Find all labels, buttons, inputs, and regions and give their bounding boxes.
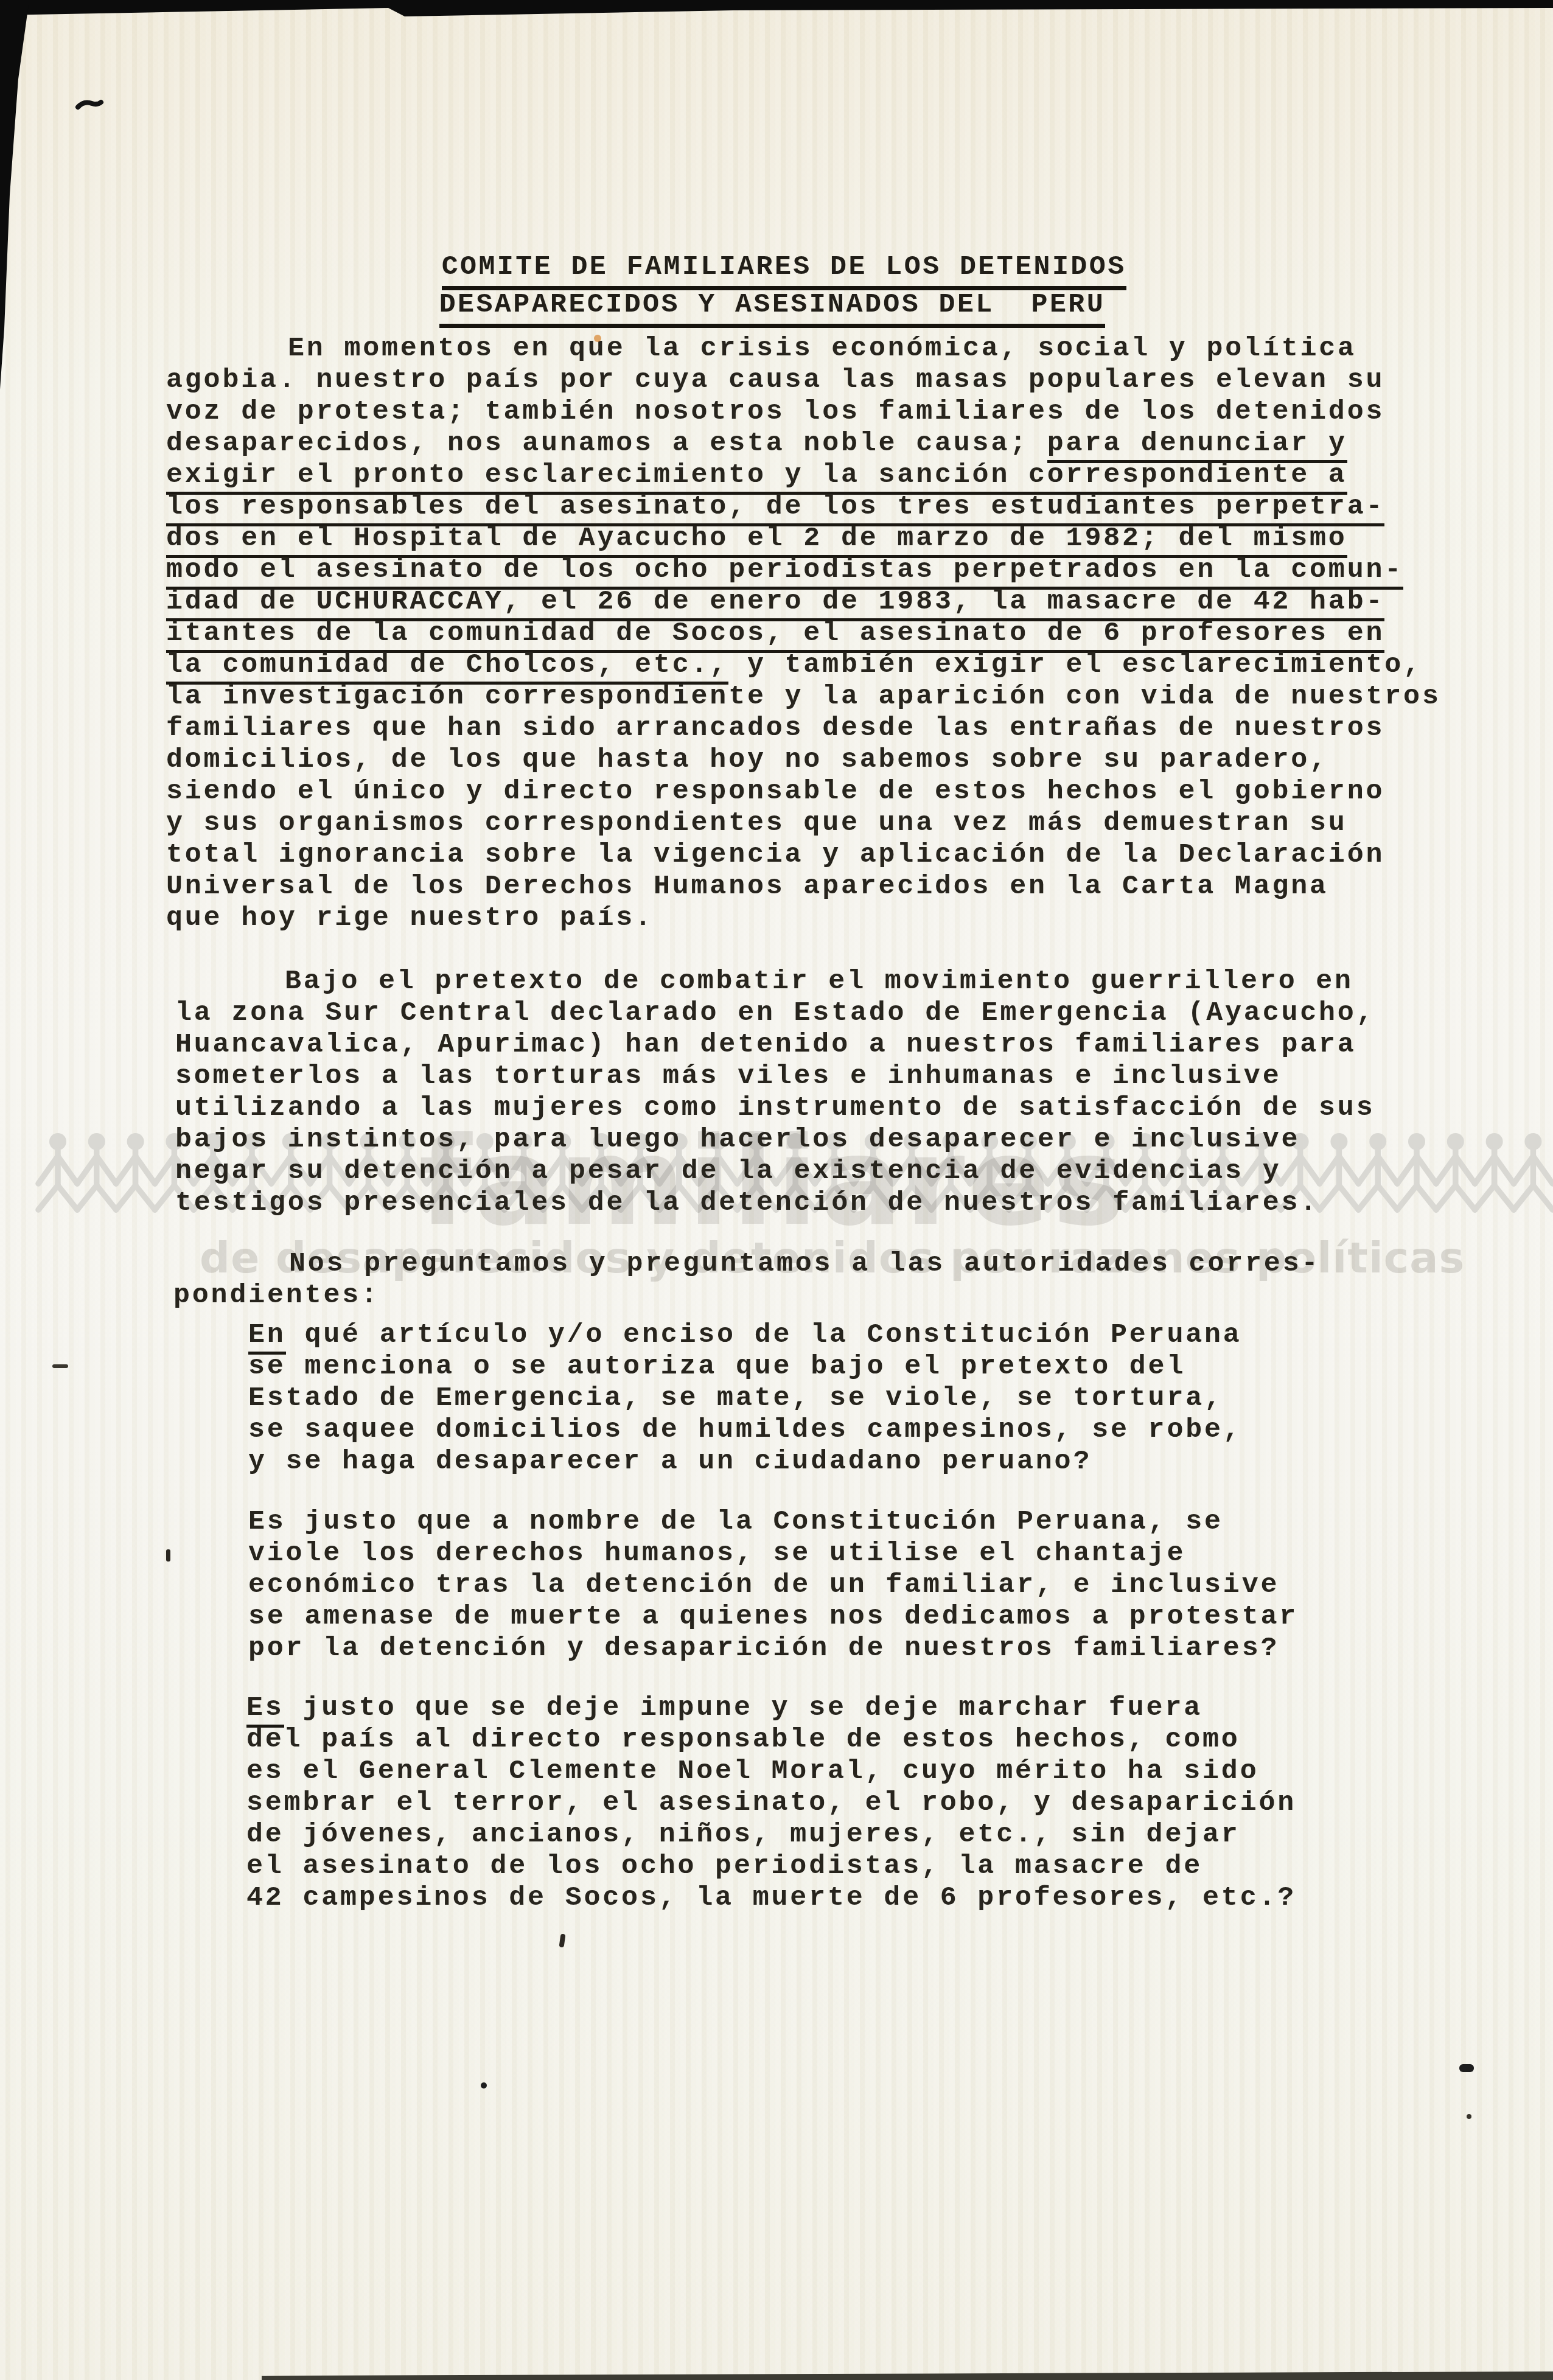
text-line: se menciona o se autoriza que bajo el pr… [248,1351,1242,1383]
paragraph-emergency: Bajo el pretexto de combatir el movimien… [175,966,1375,1219]
underlined-text: En [248,1319,286,1355]
text: del país al directo responsable de estos… [246,1724,1240,1755]
text-line: se amenase de muerte a quienes nos dedic… [248,1601,1298,1633]
scan-edge-top [0,0,1553,16]
text: la zona Sur Central declarado en Estado … [175,997,1375,1028]
text: qué artículo y/o enciso de la Constituci… [286,1319,1242,1350]
text: bajos instintos, para luego hacerlos des… [175,1124,1300,1155]
text-line: por la detención y desaparición de nuest… [248,1633,1298,1664]
scan-artifact [166,1549,170,1562]
text-line: sembrar el terror, el asesinato, el robo… [246,1787,1296,1819]
scan-edge-left [0,0,29,389]
text-line: que hoy rige nuestro país. [166,902,1441,934]
text: utilizando a las mujeres como instrument… [175,1092,1375,1123]
text-line: la zona Sur Central declarado en Estado … [175,997,1375,1029]
scanned-document-page: familiares de desaparecidos y detenidos … [0,0,1553,2380]
text-line: total ignorancia sobre la vigencia y apl… [166,839,1441,871]
scan-artifact [559,1934,566,1948]
underlined-text: itantes de la comunidad de Socos, el ase… [166,618,1384,653]
text-line: desaparecidos, nos aunamos a esta noble … [166,428,1441,459]
text: Universal de los Derechos Humanos aparec… [166,871,1328,902]
text-line: itantes de la comunidad de Socos, el ase… [166,618,1441,649]
question-block-1: En qué artículo y/o enciso de la Constit… [248,1319,1242,1478]
text: agobia. nuestro país por cuya causa las … [166,365,1384,396]
title-text: DESAPARECIDOS Y ASESINADOS DEL PERU [439,289,1106,328]
paper-doll-figure [77,1133,116,1210]
text-line: pondientes: [173,1280,1320,1311]
scan-artifact [1459,2064,1474,2072]
text: desaparecidos, nos aunamos a esta noble … [166,428,1047,459]
text: por la detención y desaparición de nuest… [248,1633,1279,1664]
text-line: de jóvenes, ancianos, niños, mujeres, et… [246,1819,1296,1851]
text: y se haga desaparecer a un ciudadano per… [248,1446,1092,1477]
text: Es justo que a nombre de la Constitución… [248,1506,1223,1537]
text: se amenase de muerte a quienes nos dedic… [248,1601,1298,1632]
text: En momentos en que la crisis económica, … [288,333,1356,364]
text: Estado de Emergencia, se mate, se viole,… [248,1383,1223,1414]
text-line: viole los derechos humanos, se utilise e… [248,1538,1298,1569]
text-line: 42 campesinos de Socos, la muerte de 6 p… [246,1882,1296,1914]
text-line: siendo el único y directo responsable de… [166,776,1441,808]
question-block-2: Es justo que a nombre de la Constitución… [248,1506,1298,1664]
text-line: se saquee domicilios de humildes campesi… [248,1414,1242,1446]
text: y sus organismos correspondientes que un… [166,808,1347,839]
text: familiares que han sido arrancados desde… [166,713,1384,744]
paragraph-intro: En momentos en que la crisis económica, … [166,333,1441,934]
text-line: modo el asesinato de los ocho periodista… [166,554,1441,586]
paper-doll-figure [116,1133,155,1210]
scan-artifact [1467,2114,1471,2119]
text-line: es el General Clemente Noel Moral, cuyo … [246,1756,1296,1787]
question-block-3: Es justo que se deje impune y se deje ma… [246,1692,1296,1914]
text-line: utilizando a las mujeres como instrument… [175,1092,1375,1124]
underlined-text: los responsables del asesinato, de los t… [166,491,1384,526]
text-line: Bajo el pretexto de combatir el movimien… [175,966,1375,997]
text: negar su detención a pesar de la existen… [175,1156,1281,1187]
text-line: los responsables del asesinato, de los t… [166,491,1441,523]
text-line: Nos preguntamos y preguntamos a las auto… [173,1248,1320,1280]
text-line: el asesinato de los ocho periodistas, la… [246,1851,1296,1882]
text: 42 campesinos de Socos, la muerte de 6 p… [246,1882,1296,1913]
text: siendo el único y directo responsable de… [166,776,1384,807]
underlined-text: dos en el Hospital de Ayacucho el 2 de m… [166,523,1347,558]
text: se menciona o se autoriza que bajo el pr… [248,1351,1185,1382]
paper-doll-figure [1436,1133,1475,1210]
text-line: la investigación correspondiente y la ap… [166,681,1441,713]
text: testigos presenciales de la detención de… [175,1187,1319,1218]
text-line: negar su detención a pesar de la existen… [175,1156,1375,1187]
text-line: testigos presenciales de la detención de… [175,1187,1375,1219]
underlined-text: exigir el pronto esclarecimiento y la sa… [166,459,1347,495]
text-line: voz de protesta; también nosotros los fa… [166,396,1441,428]
paragraph-questions-lead: Nos preguntamos y preguntamos a las auto… [173,1248,1320,1311]
text-line: dos en el Hospital de Ayacucho el 2 de m… [166,523,1441,554]
paper-doll-figure [1513,1133,1552,1210]
text-line: familiares que han sido arrancados desde… [166,713,1441,744]
paper-doll-figure [38,1133,77,1210]
text: la investigación correspondiente y la ap… [166,681,1441,712]
text: sembrar el terror, el asesinato, el robo… [246,1787,1296,1818]
paper-doll-figure [1397,1133,1436,1210]
text: se saquee domicilios de humildes campesi… [248,1414,1242,1445]
text-line: idad de UCHURACCAY, el 26 de enero de 19… [166,586,1441,618]
scan-edge-bottom [262,2371,1553,2380]
text-line: Estado de Emergencia, se mate, se viole,… [248,1383,1242,1414]
underlined-text: para denunciar y [1047,428,1347,463]
text: que hoy rige nuestro país. [166,902,654,934]
underlined-text: la comunidad de Cholcos, etc., [166,649,728,685]
text-line: Huancavalica, Apurimac) han detenido a n… [175,1029,1375,1061]
underlined-text: modo el asesinato de los ocho periodista… [166,554,1403,590]
text: someterlos a las torturas más viles e in… [175,1061,1281,1092]
underlined-text: idad de UCHURACCAY, el 26 de enero de 19… [166,586,1384,621]
text: justo que se deje impune y se deje march… [284,1692,1202,1723]
paper-doll-figure [1475,1133,1514,1210]
text-line: agobia. nuestro país por cuya causa las … [166,365,1441,396]
text: Nos preguntamos y preguntamos a las auto… [289,1248,1320,1279]
text-line: la comunidad de Cholcos, etc., y también… [166,649,1441,681]
scan-artifact [52,1364,68,1368]
text-line: del país al directo responsable de estos… [246,1724,1296,1756]
text: domicilios, de los que hasta hoy no sabe… [166,744,1328,775]
text: es el General Clemente Noel Moral, cuyo … [246,1756,1258,1787]
text-line: y se haga desaparecer a un ciudadano per… [248,1446,1242,1478]
text: el asesinato de los ocho periodistas, la… [246,1851,1202,1882]
text-line: y sus organismos correspondientes que un… [166,808,1441,839]
text: voz de protesta; también nosotros los fa… [166,396,1384,427]
text-line: Es justo que se deje impune y se deje ma… [246,1692,1296,1724]
text-line: En qué artículo y/o enciso de la Constit… [248,1319,1242,1351]
scan-artifact [481,2082,487,2089]
text-line: En momentos en que la crisis económica, … [166,333,1441,365]
text: económico tras la detención de un famili… [248,1569,1279,1600]
text: viole los derechos humanos, se utilise e… [248,1538,1185,1569]
pen-mark [78,102,101,107]
text: y también exigir el esclarecimiento, [728,649,1422,680]
text-line: someterlos a las torturas más viles e in… [175,1061,1375,1092]
text: total ignorancia sobre la vigencia y apl… [166,839,1384,870]
text: Bajo el pretexto de combatir el movimien… [285,966,1353,997]
text-line: Universal de los Derechos Humanos aparec… [166,871,1441,902]
underlined-text: Es [246,1692,284,1728]
text: de jóvenes, ancianos, niños, mujeres, et… [246,1819,1240,1850]
text: Huancavalica, Apurimac) han detenido a n… [175,1029,1356,1060]
text-line: exigir el pronto esclarecimiento y la sa… [166,459,1441,491]
text-line: domicilios, de los que hasta hoy no sabe… [166,744,1441,776]
text-line: bajos instintos, para luego hacerlos des… [175,1124,1375,1156]
text-line: económico tras la detención de un famili… [248,1569,1298,1601]
text: pondientes: [173,1280,380,1311]
text-line: Es justo que a nombre de la Constitución… [248,1506,1298,1538]
